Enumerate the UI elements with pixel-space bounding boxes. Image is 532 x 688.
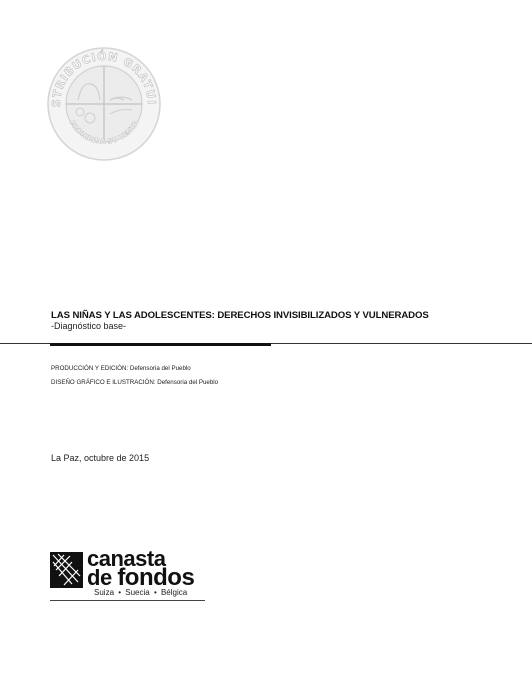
logo-text-de-fondos: de fondos: [87, 566, 194, 590]
document-subtitle: -Diagnóstico base-: [51, 321, 429, 332]
distribution-seal-icon: DISTRIBUCIÓN GRATUITA PROHIBIDA SU VENTA: [44, 44, 164, 164]
distribucion-gratuita-seal: DISTRIBUCIÓN GRATUITA PROHIBIDA SU VENTA: [44, 44, 164, 164]
canasta-de-fondos-logo: canasta de fondos Suiza • Suecia • Bélgi…: [50, 550, 210, 602]
canasta-grid-icon: [50, 552, 83, 588]
place-date: La Paz, octubre de 2015: [51, 453, 149, 463]
logo-countries: Suiza • Suecia • Bélgica: [94, 588, 187, 597]
logo-text-de: de: [87, 565, 112, 590]
title-block: LAS NIÑAS Y LAS ADOLESCENTES: DERECHOS I…: [51, 310, 429, 332]
logo-text-fondos: fondos: [117, 564, 194, 591]
production-credit: PRODUCCIÓN Y EDICIÓN: Defensoria del Pue…: [51, 362, 218, 376]
credits: PRODUCCIÓN Y EDICIÓN: Defensoria del Pue…: [51, 362, 218, 390]
logo-underline: [50, 600, 205, 601]
design-credit: DISEÑO GRÁFICO E ILUSTRACIÓN: Defensoria…: [51, 376, 218, 390]
document-title: LAS NIÑAS Y LAS ADOLESCENTES: DERECHOS I…: [51, 310, 429, 321]
divider-accent-bar: [50, 343, 271, 346]
